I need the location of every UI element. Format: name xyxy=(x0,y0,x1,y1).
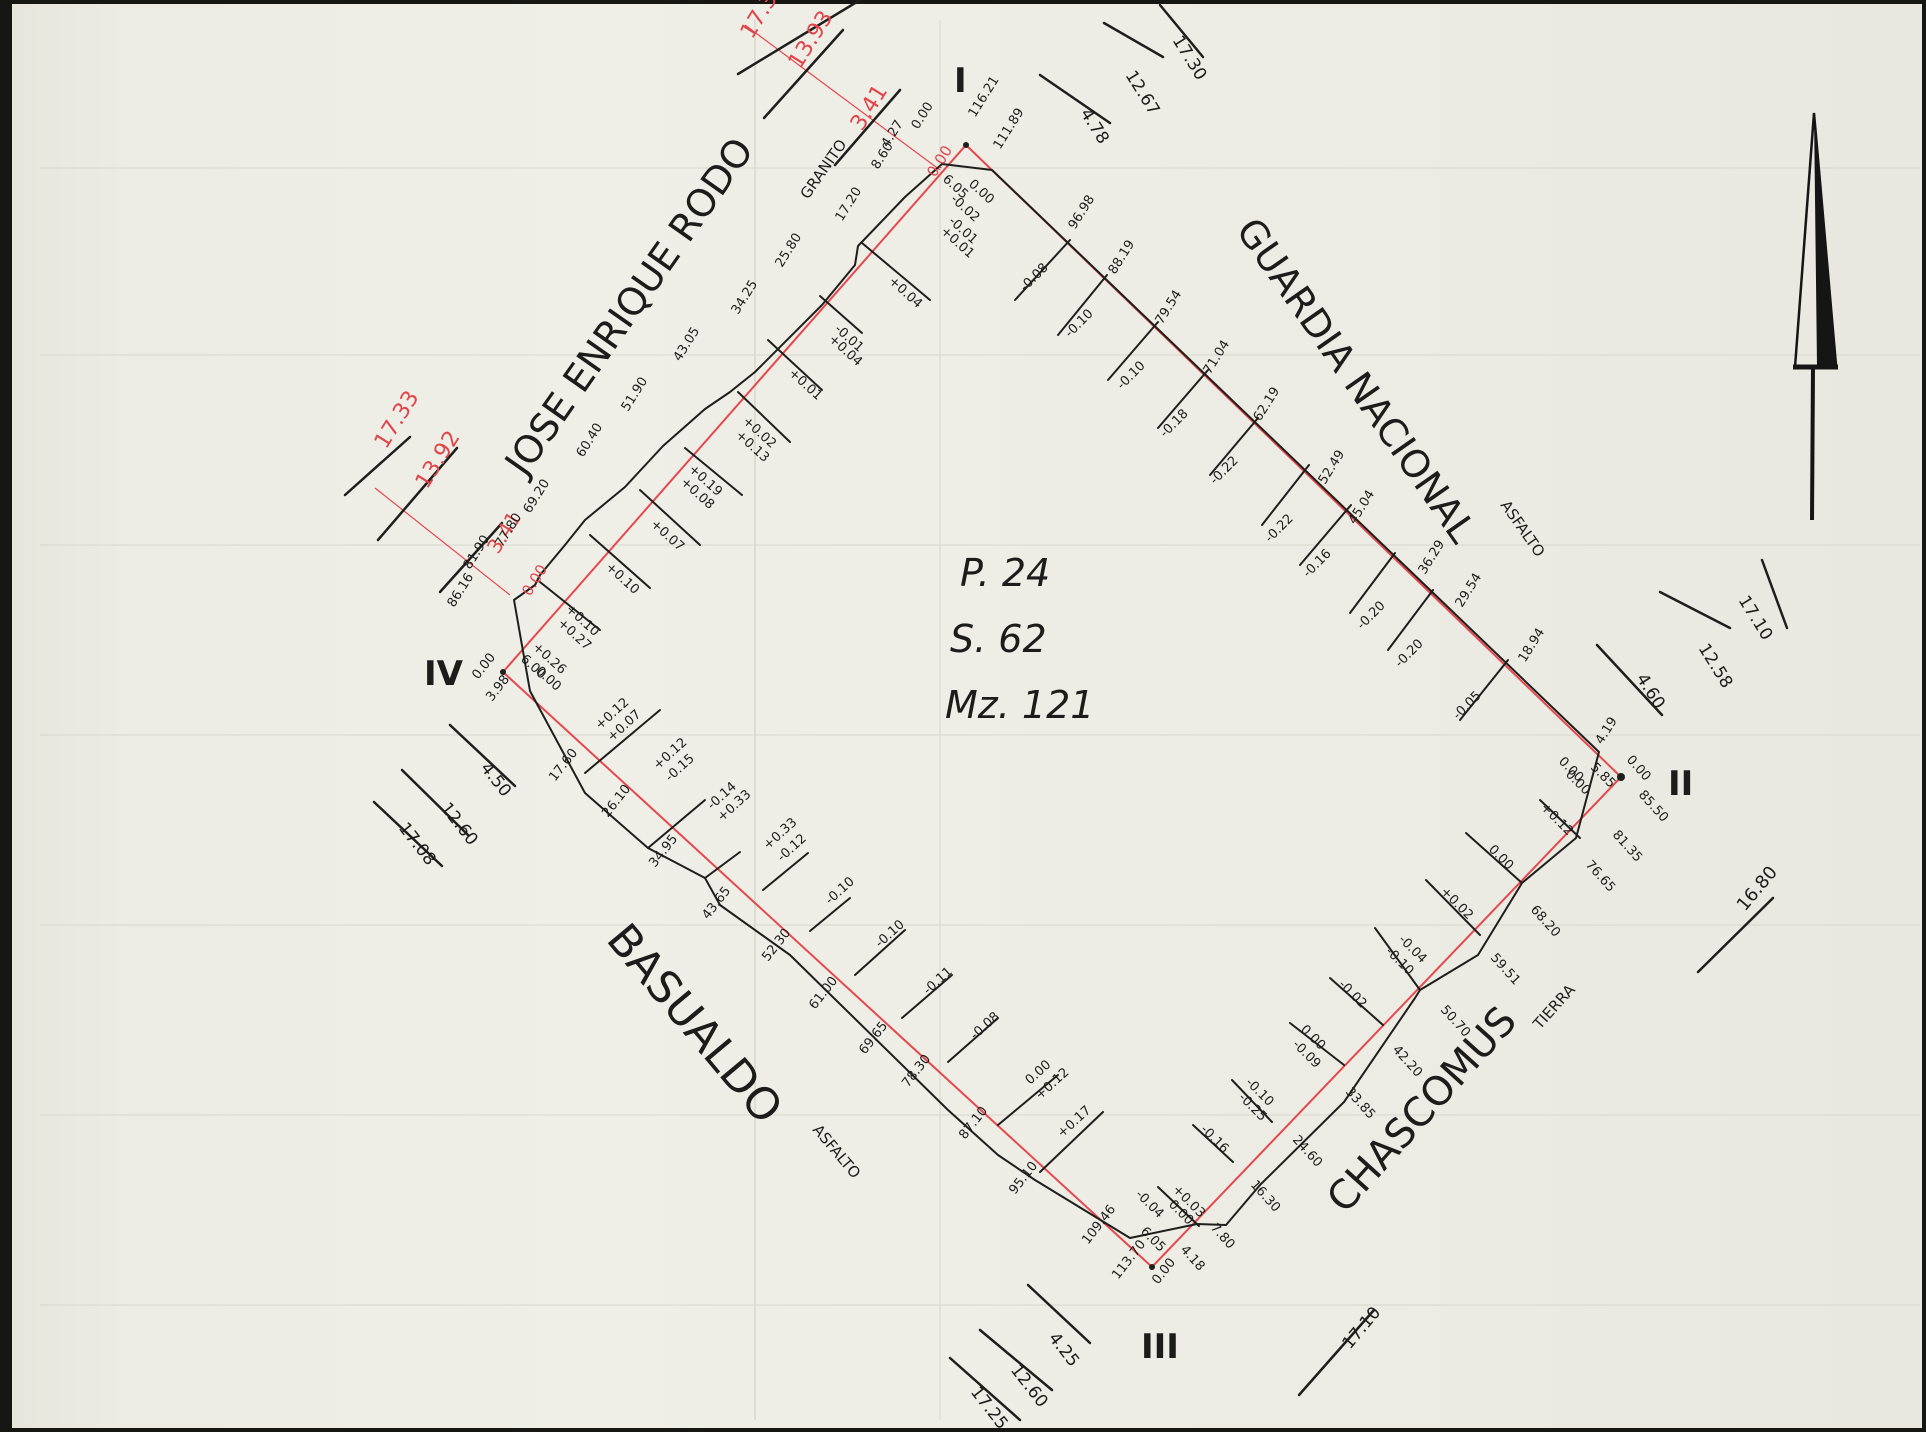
station-value: +0.12 xyxy=(1537,800,1576,839)
corner-label: IV xyxy=(424,654,464,694)
north-arrow-icon xyxy=(1793,113,1838,520)
station-value: +0.07 xyxy=(647,517,687,555)
street-surface: GRANITO xyxy=(797,136,851,202)
station-value: 96.98 xyxy=(1066,193,1098,233)
station-value: 59.51 xyxy=(1487,951,1523,989)
title-block: P. 24 S. 62 Mz. 121 xyxy=(945,540,1094,738)
station-value: 68.20 xyxy=(1527,903,1563,941)
station-value: 50.70 xyxy=(1437,1003,1473,1041)
station-value: 85.50 xyxy=(1635,788,1671,826)
station-value: 116.21 xyxy=(966,74,1003,121)
red-measurement: 13.92 xyxy=(411,427,466,494)
frontage-dimension: 17.08 xyxy=(394,819,440,870)
frontage-dimension: 12.60 xyxy=(436,799,482,850)
station-value: -0.04 xyxy=(1132,1187,1166,1221)
frontage-dimension: 4.60 xyxy=(1632,670,1669,713)
station-value: 88.19 xyxy=(1106,238,1138,278)
red-measurement: 17.32 xyxy=(736,0,791,43)
station-value: 51.90 xyxy=(619,375,651,415)
frontage-dimension: 4.25 xyxy=(1044,1329,1083,1371)
station-value: 52.49 xyxy=(1316,448,1348,488)
block-label: Mz. 121 xyxy=(945,672,1094,738)
station-value: 0.00 xyxy=(1623,753,1654,785)
station-value: 81.35 xyxy=(1609,828,1645,866)
station-value: 42.20 xyxy=(1389,1043,1425,1081)
street-surface: ASFALTO xyxy=(1497,497,1549,560)
station-value: -0.16 xyxy=(1300,546,1334,580)
frontage-dimension: 17.10 xyxy=(1734,592,1777,644)
street-surface: ASFALTO xyxy=(809,1121,864,1182)
station-value: 36.29 xyxy=(1416,538,1448,578)
station-value: 25.80 xyxy=(773,231,805,271)
street-name: GUARDIA NACIONAL xyxy=(1228,210,1485,551)
station-value: 26.10 xyxy=(599,782,634,821)
station-value: 4.18 xyxy=(1177,1243,1208,1275)
frontage-dimension: 17.30 xyxy=(1168,32,1211,84)
station-value: 16.30 xyxy=(1247,1178,1283,1216)
station-value: +0.17 xyxy=(1055,1103,1095,1141)
station-value: 7.80 xyxy=(1207,1221,1238,1253)
parcel-label: P. 24 xyxy=(945,540,1094,606)
station-value: -0.11 xyxy=(921,964,956,998)
station-value: 69.20 xyxy=(521,477,553,517)
station-value: 111.89 xyxy=(991,106,1028,153)
station-value: -0.08 xyxy=(968,1009,1003,1043)
frontage-dimension: 4.50 xyxy=(476,759,515,801)
station-value: 33.85 xyxy=(1342,1085,1378,1123)
street-surface: TIERRA xyxy=(1529,980,1579,1033)
red-measurement: 17.33 xyxy=(370,387,425,454)
station-value: 0.00 xyxy=(909,100,937,133)
station-value: 43.65 xyxy=(699,884,734,923)
station-value: 34.95 xyxy=(646,832,681,871)
station-value: 43.05 xyxy=(671,325,703,365)
station-value: -0.05 xyxy=(1450,688,1484,722)
street-name: JOSE ENRIQUE RODO xyxy=(495,130,762,485)
station-value: 18.94 xyxy=(1516,626,1548,666)
station-value: 17.60 xyxy=(546,746,581,785)
station-value: 52.30 xyxy=(759,926,794,965)
station-value: 0.00 xyxy=(469,650,499,682)
frontage-dimension: 12.67 xyxy=(1121,67,1164,119)
station-value: +0.10 xyxy=(602,560,642,598)
station-value: -0.20 xyxy=(1392,636,1426,670)
corner-label: I xyxy=(954,61,967,101)
station-value: -0.02 xyxy=(1335,977,1369,1011)
station-value: 60.40 xyxy=(574,421,606,461)
station-value: 62.19 xyxy=(1251,385,1283,425)
corner-label: II xyxy=(1668,764,1693,804)
station-value: 0.00 xyxy=(1485,842,1516,873)
station-value: 0.00 xyxy=(1149,1255,1179,1287)
frontage-dimension: 17.10 xyxy=(1339,1303,1386,1353)
station-value: 17.20 xyxy=(833,185,865,225)
station-value: +0.02 xyxy=(1437,884,1476,923)
station-value: -0.20 xyxy=(1354,598,1388,632)
scanned-survey-sheet: JOSE ENRIQUE RODOGRANITOGUARDIA NACIONAL… xyxy=(0,0,1926,1432)
station-value: 4.19 xyxy=(1593,715,1621,748)
station-value: -0.16 xyxy=(1197,1122,1231,1156)
corner-label: III xyxy=(1141,1327,1179,1367)
station-value: 71.04 xyxy=(1201,338,1233,378)
station-value: -0.10 xyxy=(1114,358,1148,392)
station-value: 79.54 xyxy=(1153,288,1185,328)
station-value: 78.30 xyxy=(899,1052,934,1091)
frontage-dimension: 4.78 xyxy=(1076,105,1113,148)
station-value: 29.54 xyxy=(1453,571,1485,611)
station-value: 109.46 xyxy=(1079,1202,1119,1247)
red-measurements: 17.3213.933.410.0017.3313.923.410.00 xyxy=(370,0,956,599)
frontage-dimension: 12.60 xyxy=(1006,1361,1052,1412)
street-name: BASUALDO xyxy=(597,914,793,1133)
station-value: +0.01 xyxy=(785,366,825,404)
street-name: CHASCOMUS xyxy=(1318,998,1526,1222)
station-value: 61.00 xyxy=(806,974,841,1013)
station-value: 34.25 xyxy=(729,278,761,318)
station-value: 81.90 xyxy=(461,533,493,573)
station-value: 45.04 xyxy=(1346,488,1378,528)
frontage-dimension: 12.58 xyxy=(1694,640,1737,692)
section-label: S. 62 xyxy=(945,606,1094,672)
station-value: -0.10 xyxy=(873,917,908,951)
station-value: 76.65 xyxy=(1582,858,1618,896)
frontage-dimension: 16.80 xyxy=(1733,862,1782,915)
station-value: 86.16 xyxy=(445,571,477,611)
station-value: -0.10 xyxy=(823,874,858,908)
